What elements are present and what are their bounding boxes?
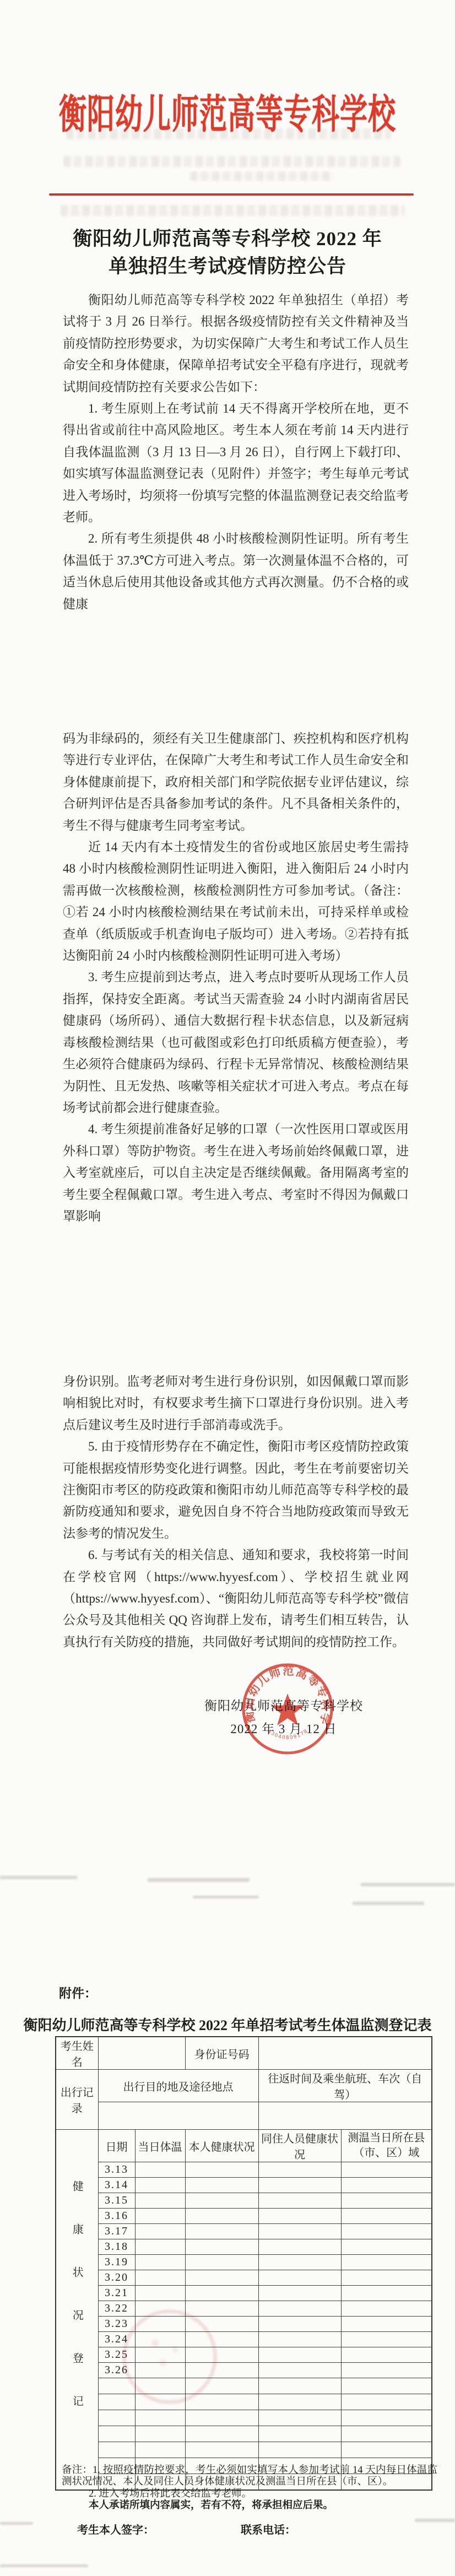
table-row-travel-entry — [56, 2102, 432, 2130]
scan-artifact — [193, 1896, 259, 1898]
scan-artifact — [0, 2564, 88, 2567]
table-row-blank — [56, 2394, 432, 2410]
temp-field[interactable] — [135, 2193, 185, 2209]
table-row-date: 3.17 — [56, 2224, 432, 2239]
cohabitant-health-field[interactable] — [258, 2394, 341, 2410]
col-header-temp: 当日体温 — [135, 2130, 185, 2162]
cohabitant-health-field[interactable] — [258, 2332, 341, 2347]
region-field[interactable] — [341, 2301, 432, 2317]
table-notes: 备注：1. 按照疫情防控要求，考生必须如实填写本人参加考试前 14 天内每日体温… — [62, 2465, 437, 2512]
cohabitant-health-field[interactable] — [258, 2301, 341, 2317]
self-health-field[interactable] — [185, 2178, 258, 2193]
region-field[interactable] — [341, 2317, 432, 2332]
self-health-field[interactable] — [185, 2224, 258, 2239]
self-health-field[interactable] — [185, 2209, 258, 2224]
temp-field[interactable] — [135, 2394, 185, 2410]
region-field[interactable] — [341, 2378, 432, 2394]
self-health-field[interactable] — [185, 2332, 258, 2347]
cohabitant-health-field[interactable] — [258, 2270, 341, 2286]
table-row-blank — [56, 2426, 432, 2442]
self-health-field[interactable] — [185, 2255, 258, 2270]
paragraph-item2-part2: 码为非绿码的，须经有关卫生健康部门、疾控机构和医疗机构等进行专业评估，在保障广大… — [63, 728, 409, 836]
temp-field[interactable] — [135, 2426, 185, 2442]
cohabitant-health-field[interactable] — [258, 2162, 341, 2178]
region-field[interactable] — [341, 2332, 432, 2347]
col-header-self-health: 本人健康状况 — [185, 2130, 258, 2162]
region-field[interactable] — [341, 2442, 432, 2458]
temp-field[interactable] — [135, 2442, 185, 2458]
cohabitant-health-field[interactable] — [258, 2255, 341, 2270]
scan-artifact — [361, 1883, 455, 1886]
seal-star-icon — [271, 1693, 305, 1725]
temp-field[interactable] — [135, 2410, 185, 2426]
self-health-field[interactable] — [185, 2363, 258, 2378]
cohabitant-health-field[interactable] — [258, 2239, 341, 2255]
cohabitant-health-field[interactable] — [258, 2317, 341, 2332]
table-row-date: 3.18 — [56, 2239, 432, 2255]
table-row-identity: 考生姓名 身份证号码 — [56, 2037, 432, 2070]
temp-field[interactable] — [135, 2332, 185, 2347]
temp-field[interactable] — [135, 2301, 185, 2317]
date-cell: 3.17 — [98, 2224, 135, 2239]
note-line-1: 备注：1. 按照疫情防控要求，考生必须如实填写本人参加考试前 14 天内每日体温… — [62, 2465, 437, 2488]
date-cell: 3.18 — [98, 2239, 135, 2255]
temp-field[interactable] — [135, 2239, 185, 2255]
self-health-field[interactable] — [185, 2239, 258, 2255]
temp-field[interactable] — [135, 2378, 185, 2394]
self-health-field[interactable] — [185, 2286, 258, 2301]
table-row-date: 3.14 — [56, 2178, 432, 2193]
candidate-name-label: 考生姓名 — [56, 2037, 98, 2070]
date-field[interactable] — [98, 2442, 135, 2458]
paragraph-item3: 3. 考生应提前到达考点，进入考点时要听从现场工作人员指挥，保持安全距离。考试当… — [63, 966, 409, 1118]
id-number-field[interactable] — [258, 2037, 432, 2070]
date-cell: 3.25 — [98, 2347, 135, 2363]
id-number-label: 身份证号码 — [185, 2037, 258, 2070]
date-cell: 3.21 — [98, 2286, 135, 2301]
temp-field[interactable] — [135, 2317, 185, 2332]
table-row-blank — [56, 2410, 432, 2426]
body-page2: 码为非绿码的，须经有关卫生健康部门、疾控机构和医疗机构等进行专业评估，在保障广大… — [63, 728, 409, 1227]
region-field[interactable] — [341, 2270, 432, 2286]
travel-record-label: 出行记录 — [56, 2070, 98, 2130]
scan-artifact — [0, 2522, 33, 2525]
paragraph-item2-part1: 2. 所有考生须提供 48 小时核酸检测阴性证明。所有考生体温低于 37.3℃方… — [63, 528, 409, 615]
cohabitant-health-field[interactable] — [258, 2178, 341, 2193]
self-health-field[interactable] — [185, 2378, 258, 2394]
table-row-date: 3.22 — [56, 2301, 432, 2317]
body-page1: 衡阳幼儿师范高等专科学校 2022 年单独招生（单招）考试将于 3 月 26 日… — [63, 289, 409, 615]
self-health-field[interactable] — [185, 2162, 258, 2178]
table-row-date: 3.25 — [56, 2347, 432, 2363]
paragraph-item6: 6. 与考试有关的相关信息、通知和要求，我校将第一时间在学校官网（https:/… — [63, 1544, 409, 1653]
self-health-field[interactable] — [185, 2410, 258, 2426]
table-row-date: 3.20 — [56, 2270, 432, 2286]
signature-fields-row: 考生本人签字： 联系电话： — [0, 2521, 455, 2537]
date-field[interactable] — [98, 2378, 135, 2394]
temp-field[interactable] — [135, 2209, 185, 2224]
temp-field[interactable] — [135, 2270, 185, 2286]
paragraph-intro: 衡阳幼儿师范高等专科学校 2022 年单独招生（单招）考试将于 3 月 26 日… — [63, 289, 409, 398]
temperature-registration-table: 考生姓名 身份证号码 出行记录 出行目的地及途径地点 往返时间及乘坐航班、车次（… — [55, 2036, 432, 2491]
region-field[interactable] — [341, 2193, 432, 2209]
cohabitant-health-field[interactable] — [258, 2363, 341, 2378]
date-cell: 3.13 — [98, 2162, 135, 2178]
table-row-date: 3.21 — [56, 2286, 432, 2301]
date-cell: 3.19 — [98, 2255, 135, 2270]
temp-field[interactable] — [135, 2224, 185, 2239]
table-row-date: 3.16 — [56, 2209, 432, 2224]
date-cell: 3.26 — [98, 2363, 135, 2378]
self-health-field[interactable] — [185, 2193, 258, 2209]
col-header-region: 测温当日所在县（市、区）域 — [341, 2130, 432, 2162]
scanned-notice-document: 衡阳幼儿师范高等专科学校 衡阳幼儿师范高等专科学校 2022 年 单独招生考试疫… — [0, 0, 455, 2576]
date-cell: 3.23 — [98, 2317, 135, 2332]
table-row-blank — [56, 2442, 432, 2458]
cohabitant-health-field[interactable] — [258, 2347, 341, 2363]
paragraph-travel-history: 近 14 天内有本土疫情发生的省份或地区旅居史考生需持 48 小时内核酸检测阴性… — [63, 836, 409, 966]
date-cell: 3.15 — [98, 2193, 135, 2209]
temp-field[interactable] — [135, 2255, 185, 2270]
self-health-field[interactable] — [185, 2301, 258, 2317]
contact-phone-label: 联系电话： — [241, 2521, 296, 2537]
table-row-date: 3.19 — [56, 2255, 432, 2270]
temp-field[interactable] — [135, 2162, 185, 2178]
region-field[interactable] — [341, 2178, 432, 2193]
travel-dest-header: 出行目的地及途径地点 — [98, 2070, 258, 2102]
date-field[interactable] — [98, 2394, 135, 2410]
cohabitant-health-field[interactable] — [258, 2193, 341, 2209]
self-health-field[interactable] — [185, 2426, 258, 2442]
cohabitant-health-field[interactable] — [258, 2224, 341, 2239]
date-cell: 3.16 — [98, 2209, 135, 2224]
table-row-date: 3.13 — [56, 2162, 432, 2178]
cohabitant-health-field[interactable] — [258, 2442, 341, 2458]
self-health-field[interactable] — [185, 2394, 258, 2410]
date-cell: 3.24 — [98, 2332, 135, 2347]
notice-title-line1: 衡阳幼儿师范高等专科学校 2022 年 — [0, 224, 455, 251]
table-row-date: 3.26 — [56, 2363, 432, 2378]
note-line-3: 本人承诺所填内容属实，若有不符，将承担相应后果。 — [62, 2500, 437, 2512]
date-field[interactable] — [98, 2410, 135, 2426]
bleed-through-smudge — [61, 205, 405, 216]
bleed-through-smudge — [190, 172, 333, 181]
region-field[interactable] — [341, 2286, 432, 2301]
date-cell: 3.22 — [98, 2301, 135, 2317]
attachment-table-title: 衡阳幼儿师范高等专科学校 2022 年单招考试考生体温监测登记表 — [0, 2014, 455, 2034]
cohabitant-health-field[interactable] — [258, 2378, 341, 2394]
table-row-health-header: 健康状况登记 日期 当日体温 本人健康状况 同住人员健康状况 测温当日所在县（市… — [56, 2130, 432, 2162]
health-log-label: 健康状况登记 — [56, 2130, 98, 2490]
travel-dest-field[interactable] — [98, 2102, 258, 2130]
temp-field[interactable] — [135, 2347, 185, 2363]
self-health-field[interactable] — [185, 2317, 258, 2332]
date-cell: 3.20 — [98, 2270, 135, 2286]
temp-field[interactable] — [135, 2286, 185, 2301]
self-health-field[interactable] — [185, 2442, 258, 2458]
region-field[interactable] — [341, 2162, 432, 2178]
region-field[interactable] — [341, 2224, 432, 2239]
scan-artifact — [0, 1876, 77, 1879]
table-row-date: 3.23 — [56, 2317, 432, 2332]
col-header-cohabitant-health: 同住人员健康状况 — [258, 2130, 341, 2162]
table-row-blank — [56, 2378, 432, 2394]
letterhead-divider — [49, 193, 414, 196]
region-field[interactable] — [341, 2363, 432, 2378]
cohabitant-health-field[interactable] — [258, 2426, 341, 2442]
temp-field[interactable] — [135, 2178, 185, 2193]
paragraph-item1: 1. 考生原则上在考试前 14 天不得离开学校所在地，更不得出省或前往中高风险地… — [63, 398, 409, 528]
cohabitant-health-field[interactable] — [258, 2209, 341, 2224]
date-field[interactable] — [98, 2426, 135, 2442]
region-field[interactable] — [341, 2394, 432, 2410]
region-field[interactable] — [341, 2239, 432, 2255]
official-seal: 衡阳幼儿师范高等专科学校 4304080917896 — [240, 1662, 335, 1756]
table-row-date: 3.15 — [56, 2193, 432, 2209]
scan-artifact — [148, 1878, 250, 1882]
table-row-travel-header: 出行记录 出行目的地及途径地点 往返时间及乘坐航班、车次（自驾） — [56, 2070, 432, 2102]
candidate-signature-label: 考生本人签字： — [77, 2521, 154, 2537]
region-field[interactable] — [341, 2255, 432, 2270]
self-health-field[interactable] — [185, 2347, 258, 2363]
body-page3: 身份识别。监考老师对考生进行身份识别，如因佩戴口罩而影响相貌比对时，有权要求考生… — [63, 1371, 409, 1653]
scan-artifact — [353, 1902, 424, 1905]
region-field[interactable] — [341, 2347, 432, 2363]
cohabitant-health-field[interactable] — [258, 2410, 341, 2426]
scan-artifact — [415, 2519, 455, 2522]
paragraph-item4-part2: 身份识别。监考老师对考生进行身份识别，如因佩戴口罩而影响相貌比对时，有权要求考生… — [63, 1371, 409, 1436]
candidate-name-field[interactable] — [98, 2037, 185, 2070]
date-cell: 3.14 — [98, 2178, 135, 2193]
cohabitant-health-field[interactable] — [258, 2286, 341, 2301]
travel-time-header: 往返时间及乘坐航班、车次（自驾） — [258, 2070, 432, 2102]
table-row-date: 3.24 — [56, 2332, 432, 2347]
notice-title-line2: 单独招生考试疫情防控公告 — [0, 251, 455, 279]
paragraph-item4-part1: 4. 考生须提前准备好足够的口罩（一次性医用口罩或医用外科口罩）等防护物资。考生… — [63, 1118, 409, 1227]
region-field[interactable] — [341, 2410, 432, 2426]
travel-time-field[interactable] — [258, 2102, 432, 2130]
letterhead-school-name: 衡阳幼儿师范高等专科学校 — [0, 71, 455, 159]
self-health-field[interactable] — [185, 2270, 258, 2286]
note-line-2: 2. 进入考场后将此表交给监考老师。 — [62, 2488, 437, 2500]
attachment-label: 附件： — [59, 1983, 97, 2001]
temp-field[interactable] — [135, 2363, 185, 2378]
col-header-date: 日期 — [98, 2130, 135, 2162]
region-field[interactable] — [341, 2209, 432, 2224]
region-field[interactable] — [341, 2426, 432, 2442]
paragraph-item5: 5. 由于疫情形势存在不确定性，衡阳市考区疫情防控政策可能根据疫情形势变化进行调… — [63, 1436, 409, 1544]
